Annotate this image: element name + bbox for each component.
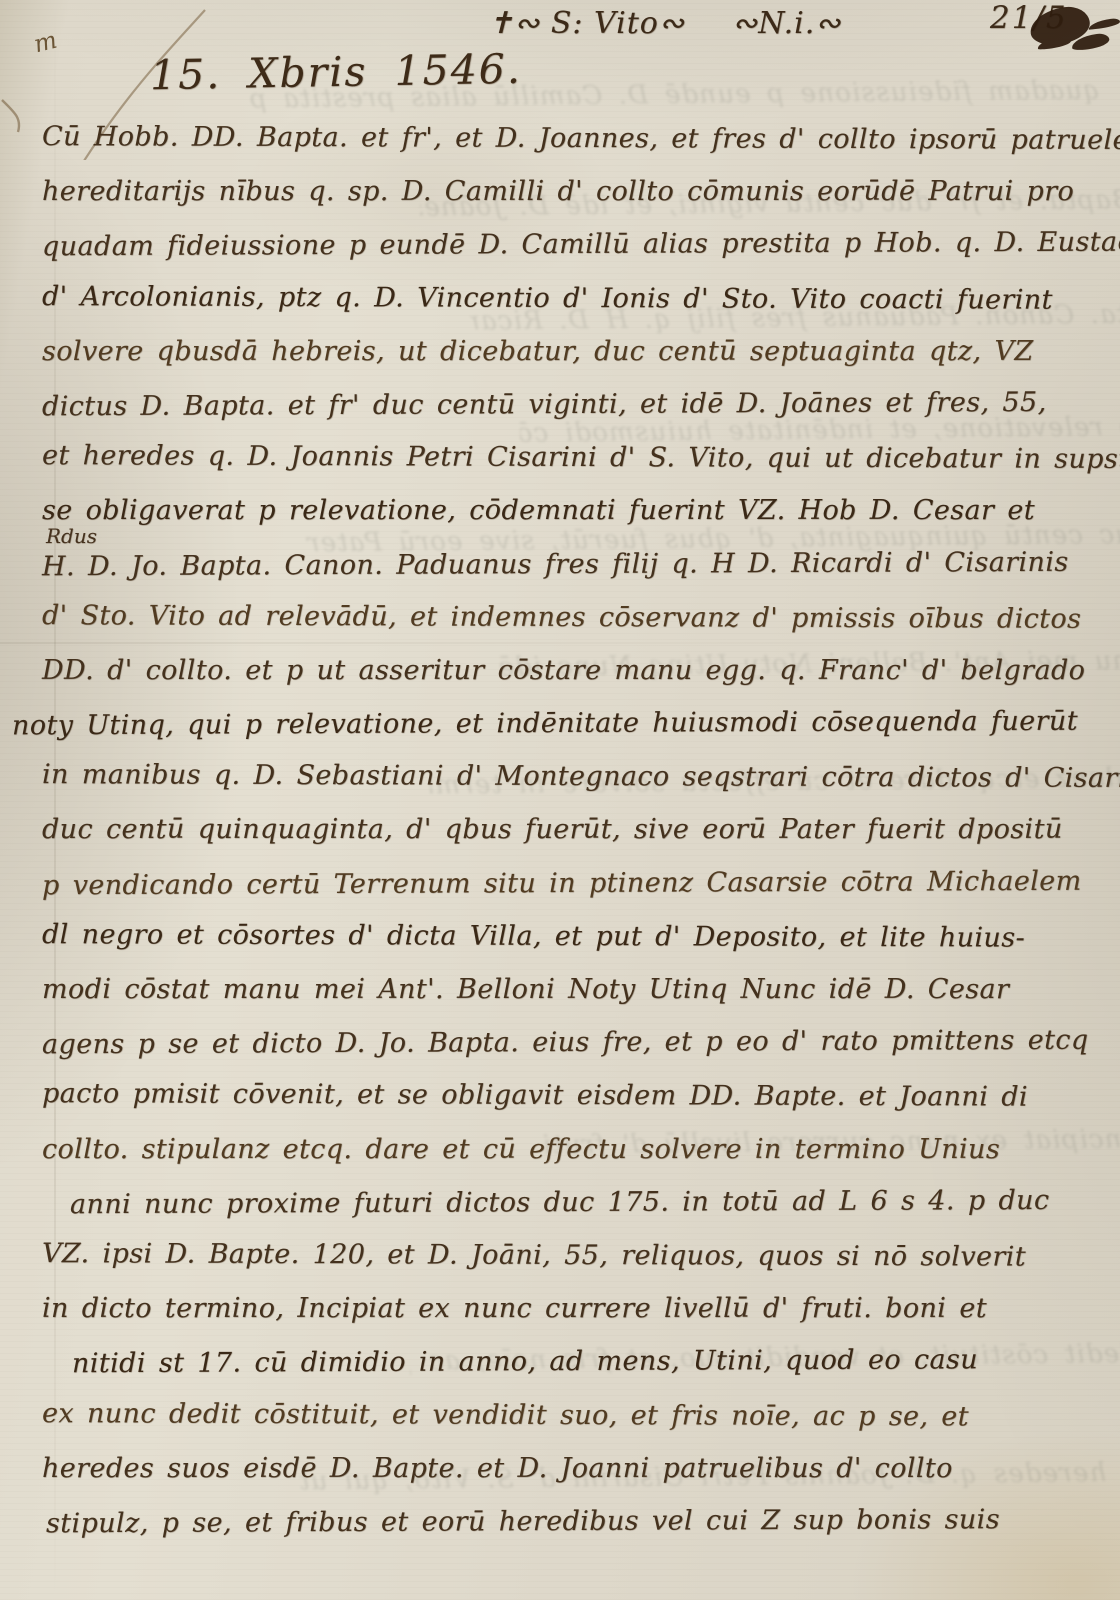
header-number: N.i.	[758, 6, 815, 41]
manuscript-line: collto. stipulanz etcq. dare et cū effec…	[42, 1123, 1100, 1176]
header-inscription: ✝∾ S: Vito∾ ∾N.i.∾	[488, 6, 841, 41]
flourish-glyph: ∾	[815, 6, 841, 41]
manuscript-line: ex nunc dedit cōstituit, et vendidit suo…	[42, 1387, 1100, 1444]
manuscript-line: DD. d' collto. et p ut asseritur cōstare…	[42, 644, 1100, 697]
manuscript-line: hereditarijs nībus q. sp. D. Camilli d' …	[42, 165, 1100, 218]
flourish-glyph: ∾	[659, 6, 685, 41]
manuscript-line: et heredes q. D. Joannis Petri Cisarini …	[42, 429, 1100, 486]
manuscript-line: stipulz, p se, et fribus et eorū heredib…	[46, 1493, 1100, 1551]
flourish-glyph: ∾	[732, 6, 758, 41]
header-place: S: Vito	[551, 6, 659, 41]
manuscript-line: quadam fideiussione p eundē D. Camillū a…	[42, 216, 1100, 274]
manuscript-line: Cū Hobb. DD. Bapta. et fr', et D. Joanne…	[42, 110, 1100, 167]
manuscript-body: Cū Hobb. DD. Bapta. et fr', et D. Joanne…	[42, 112, 1100, 1548]
manuscript-line: p vendicando certū Terrenum situ in ptin…	[42, 854, 1100, 912]
manuscript-line: duc centū quinquaginta, d' qbus fuerūt, …	[42, 803, 1100, 856]
manuscript-line: noty Utinq, qui p relevatione, et indēni…	[12, 695, 1100, 753]
superscript-rdus: Rdus	[46, 524, 97, 548]
manuscript-line: se obligaverat p relevatione, cōdemnati …	[42, 484, 1100, 537]
cross-icon: ✝	[488, 6, 514, 41]
manuscript-page: quadam fideiussione p eundē D. Camillū a…	[0, 0, 1120, 1600]
manuscript-line: pacto pmisit cōvenit, et se obligavit ei…	[42, 1068, 1100, 1125]
manuscript-line: nitidi st 17. cū dimidio in anno, ad men…	[72, 1333, 1100, 1391]
manuscript-line: VZ. ipsi D. Bapte. 120, et D. Joāni, 55,…	[42, 1227, 1100, 1284]
folio-number: 21/5	[990, 0, 1068, 36]
manuscript-line: d' Arcolonianis, ptz q. D. Vincentio d' …	[42, 270, 1100, 327]
manuscript-line: dl negro et cōsortes d' dicta Villa, et …	[42, 908, 1100, 965]
flourish-glyph: ∾	[514, 6, 540, 41]
manuscript-line: agens p se et dicto D. Jo. Bapta. eius f…	[42, 1014, 1100, 1072]
manuscript-line: d' Sto. Vito ad relevādū, et indemnes cō…	[42, 589, 1100, 646]
manuscript-line: in manibus q. D. Sebastiani d' Montegnac…	[42, 748, 1100, 805]
manuscript-line: heredes suos eisdē D. Bapte. et D. Joann…	[42, 1442, 1100, 1495]
manuscript-line: modi cōstat manu mei Ant'. Belloni Noty …	[42, 963, 1100, 1016]
manuscript-line: anni nunc proxime futuri dictos duc 175.…	[70, 1174, 1100, 1232]
manuscript-line: dictus D. Bapta. et fr' duc centū vigint…	[42, 376, 1100, 434]
manuscript-line: solvere qbusdā hebreis, ut dicebatur, du…	[42, 325, 1100, 378]
manuscript-line: H. D. Jo. Bapta. Canon. Paduanus fres fi…	[42, 535, 1100, 593]
date-line: 15. Xbris 1546.	[150, 45, 523, 99]
manuscript-line: in dicto termino, Incipiat ex nunc curre…	[42, 1282, 1100, 1335]
